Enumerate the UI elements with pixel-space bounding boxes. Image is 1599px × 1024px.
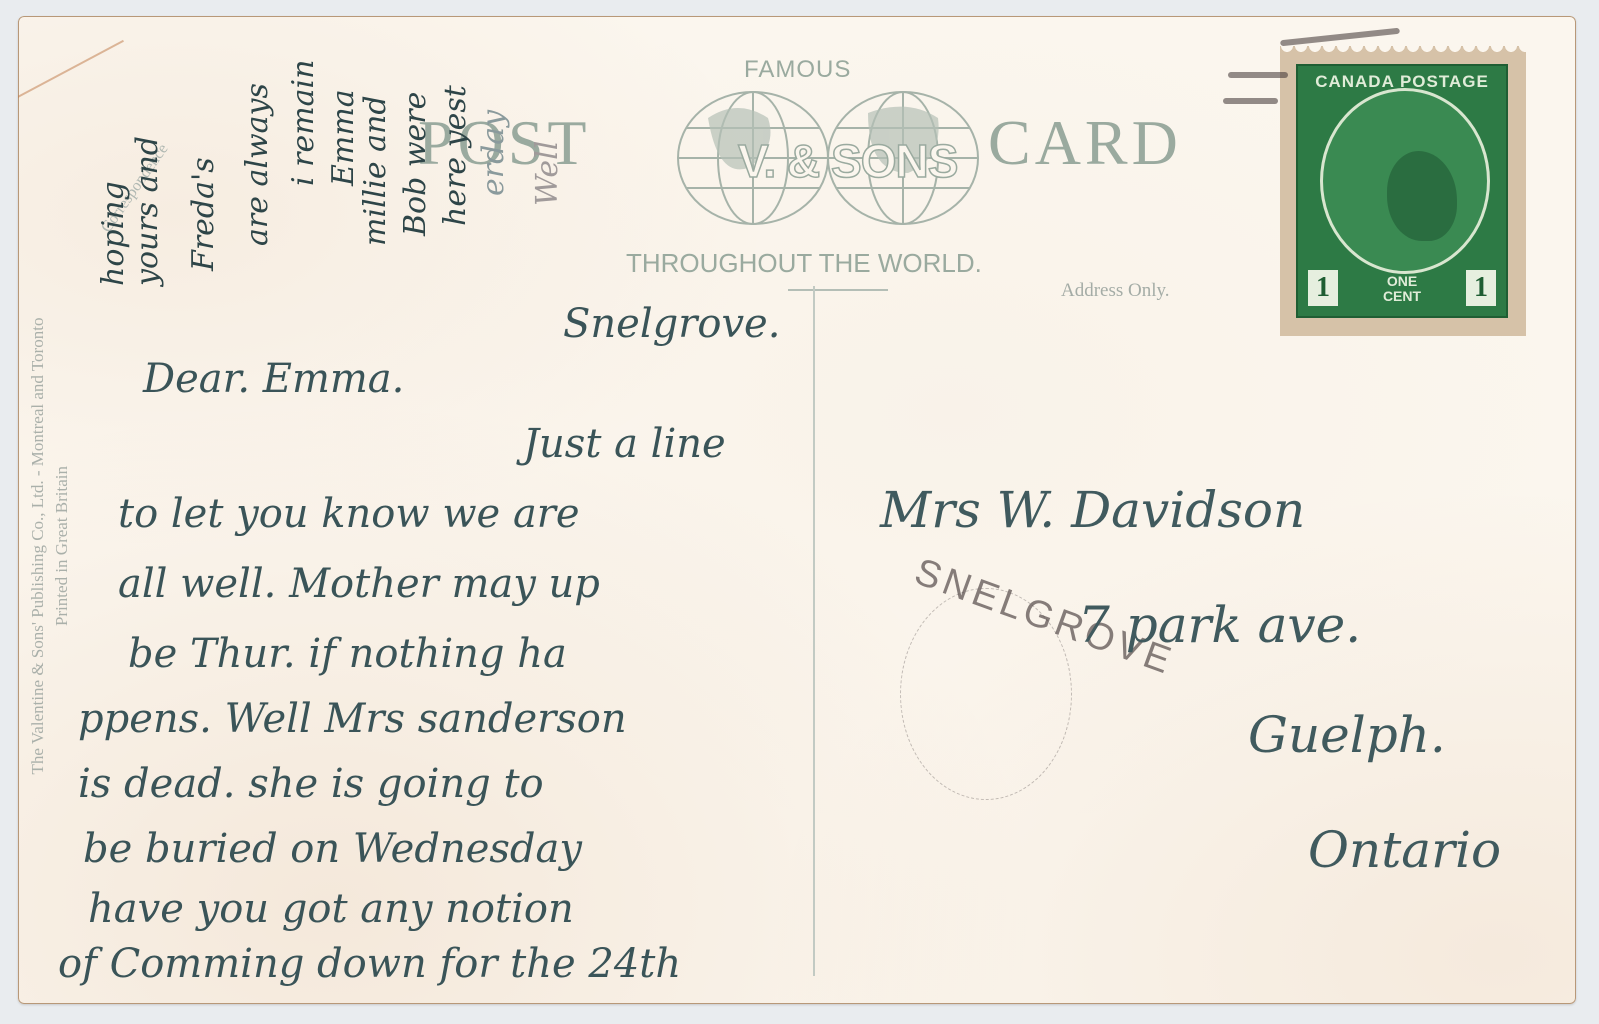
stamp-denomination: ONE CENT [1348,274,1456,304]
address-street: 7 park ave. [1078,596,1361,654]
post-title-right: CARD [988,106,1182,180]
cancel-mark [1280,28,1400,47]
stamp-denomination-cent: CENT [1348,289,1456,304]
address-name: Mrs W. Davidson [880,481,1305,539]
margin-note: i remain [286,60,321,186]
message-line: be buried on Wednesday [83,826,582,872]
message-greeting: Dear. Emma. [143,356,404,402]
message-line: Just a line [523,421,726,467]
postcard-back: POST CARD FAMOUS V. & SONS THROUGHOUT TH… [18,16,1576,1004]
message-line: all well. Mother may up [118,561,600,607]
header-rule [788,289,888,291]
margin-note: yours and [130,136,165,286]
logo-text: V. & SONS [738,134,957,188]
message-line: be Thur. if nothing ha [128,631,567,677]
margin-note: Freda's [186,157,221,271]
margin-note: here yest [438,85,473,226]
king-portrait-icon [1387,151,1457,241]
logo-tagline: THROUGHOUT THE WORLD. [626,248,982,279]
address-only-label: Address Only. [1061,280,1170,302]
message-place: Snelgrove. [563,301,780,347]
stamp-value-left: 1 [1308,270,1338,306]
margin-note: millie and [358,95,393,246]
message-line: of Comming down for the 24th [58,941,681,987]
stamp-denomination-one: ONE [1348,274,1456,289]
address-city: Guelph. [1248,706,1446,764]
publisher-line-2: Printed in Great Britain [50,96,74,996]
message-line: ppens. Well Mrs sanderson [78,696,627,742]
stamp-face: CANADA POSTAGE 1 1 ONE CENT [1296,64,1508,318]
stamp-portrait-frame [1320,88,1490,274]
message-line: is dead. she is going to [78,761,544,807]
margin-note: erday [476,110,511,196]
cancel-mark [1223,98,1278,104]
margin-note: hoping [96,181,131,286]
margin-note: Well [530,141,565,206]
corner-crease [18,16,124,98]
message-line: to let you know we are [118,491,580,537]
publisher-imprint: The Valentine & Sons' Publishing Co., Lt… [26,96,74,996]
margin-note: are always [240,83,275,246]
postage-stamp: CANADA POSTAGE 1 1 ONE CENT [1280,46,1526,336]
address-province: Ontario [1308,821,1501,879]
logo-famous-text: FAMOUS [744,56,851,84]
center-divider [813,286,815,976]
stamp-country: CANADA POSTAGE [1298,72,1506,92]
margin-note: Emma [326,89,361,186]
stamp-value-right: 1 [1466,270,1496,306]
publisher-line-1: The Valentine & Sons' Publishing Co., Lt… [26,96,50,996]
message-line: have you got any notion [88,886,574,932]
cancel-mark [1228,72,1288,78]
margin-note: Bob were [398,92,433,236]
